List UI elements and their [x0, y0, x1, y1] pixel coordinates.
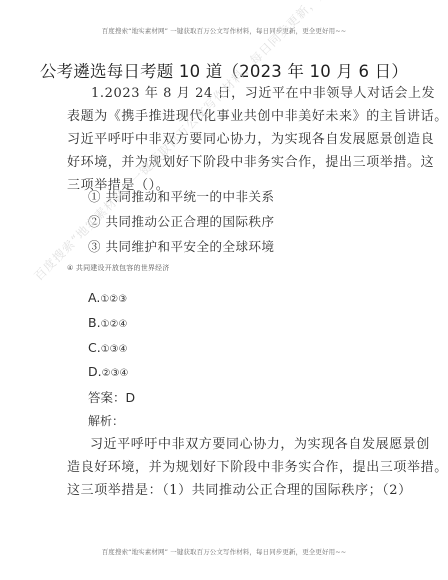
question-text: 1.2023 年 8 月 24 日，习近平在中非领导人对话会上发 表题为《携手推…: [67, 82, 399, 197]
answer-value: D: [126, 390, 136, 405]
question-line: 习近平呼吁中非双方要同心协力，为实现各自发展愿景创造良: [67, 128, 399, 151]
choice-value: ②③④: [102, 368, 129, 379]
choice-value: ①②④: [101, 319, 128, 330]
choice-a: A.①②③: [88, 290, 127, 305]
question-line: 好环境，并为规划好下阶段中非务实合作，提出三项举措。这: [67, 151, 399, 174]
choice-c: C.①③④: [88, 340, 128, 355]
footer-promo-note: 百度搜索“地实素材网” 一键获取百万公文写作材料，每日同步更新，更全更好用~~: [0, 547, 448, 556]
choice-value: ①②③: [100, 294, 127, 305]
answer-line: 答案：D: [88, 388, 135, 406]
analysis-text: 习近平呼吁中非双方要同心协力，为实现各自发展愿景创 造良好环境，并为规划好下阶段…: [67, 433, 399, 502]
statement-2: ② 共同推动公正合理的国际秩序: [88, 212, 274, 230]
choice-letter: C.: [88, 340, 101, 355]
statement-4: ④ 共同建设开放包容的世界经济: [67, 263, 170, 273]
answer-label: 答案：: [88, 390, 126, 405]
statement-3: ③ 共同维护和平安全的全球环境: [88, 237, 274, 255]
choice-value: ①③④: [101, 344, 128, 355]
analysis-line: 习近平呼吁中非双方要同心协力，为实现各自发展愿景创: [67, 433, 399, 456]
choice-b: B.①②④: [88, 315, 127, 330]
choice-d: D.②③④: [88, 364, 129, 379]
analysis-line: 这三项举措是：（1）共同推动公正合理的国际秩序；（2）: [67, 479, 399, 502]
analysis-label: 解析：: [88, 412, 124, 429]
choice-letter: D.: [88, 364, 102, 379]
page-title: 公考遴选每日考题 10 道（2023 年 10 月 6 日）: [0, 58, 448, 82]
header-promo-note: 百度搜索“地实素材网” 一键获取百万公文写作材料，每日同步更新，更全更好用~~: [0, 26, 448, 35]
analysis-line: 造良好环境，并为规划好下阶段中非务实合作，提出三项举措。: [67, 456, 399, 479]
choice-letter: A.: [88, 290, 100, 305]
choice-letter: B.: [88, 315, 101, 330]
question-line: 表题为《携手推进现代化事业共创中非美好未来》的主旨讲话。: [67, 105, 399, 128]
statement-1: ① 共同推动和平统一的中非关系: [88, 187, 274, 205]
question-line: 1.2023 年 8 月 24 日，习近平在中非领导人对话会上发: [67, 82, 399, 105]
document-page: 百度搜索“地实素材网” 一键获取百万公文写作材料，每日同步更新，更全更好用~~ …: [0, 0, 448, 580]
